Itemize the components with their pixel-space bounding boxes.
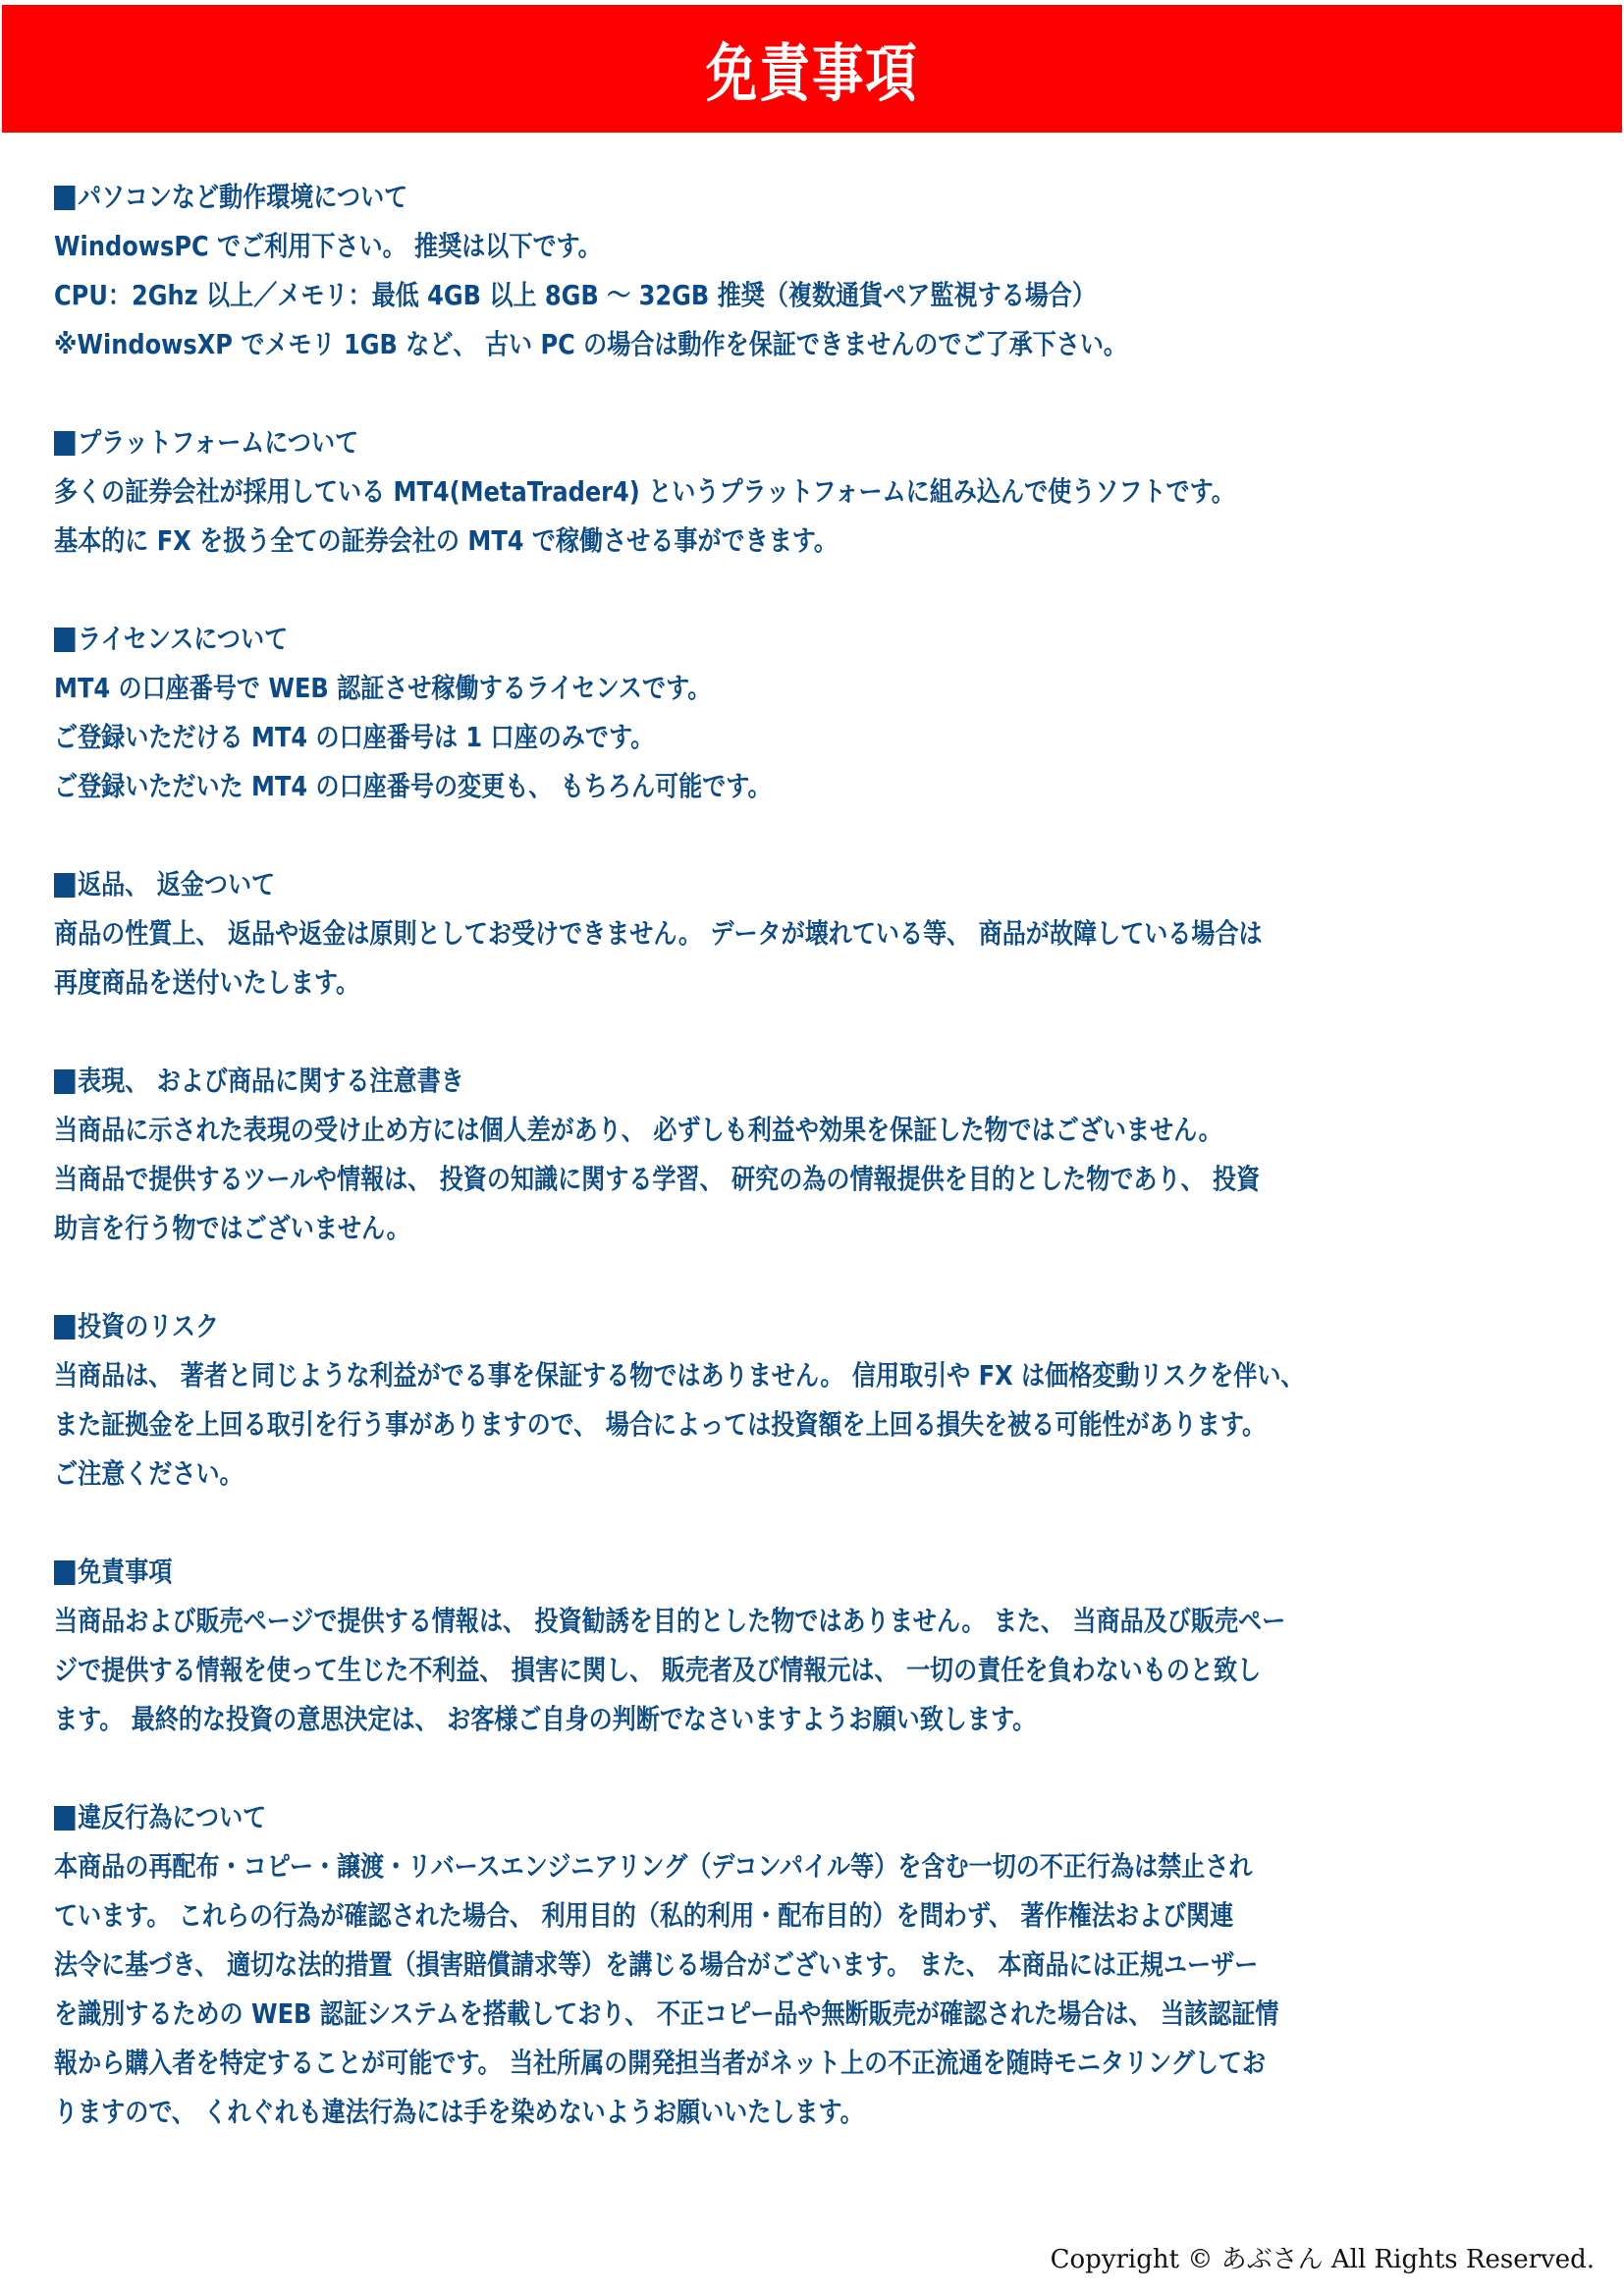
square-bullet-icon bbox=[54, 1315, 76, 1339]
paragraph-line: 商品の性質上、 返品や返金は原則としてお受けできません。 データが壊れている等、… bbox=[54, 909, 1372, 958]
square-bullet-icon bbox=[54, 873, 76, 898]
section-heading-text: 投資のリスク bbox=[78, 1302, 219, 1351]
section-heading: 表現、 および商品に関する注意書き bbox=[54, 1057, 1372, 1106]
section-investment-risk: 投資のリスク 当商品は、 著者と同じような利益がでる事を保証する物ではありません… bbox=[54, 1302, 1586, 1499]
paragraph-line: 当商品で提供するツールや情報は、 投資の知識に関する学習、 研究の為の情報提供を… bbox=[54, 1155, 1372, 1204]
paragraph-line: 当商品に示された表現の受け止め方には個人差があり、 必ずしも利益や効果を保証した… bbox=[54, 1106, 1372, 1155]
paragraph-line: 多くの証券会社が採用している MT4(MetaTrader4) というプラットフ… bbox=[54, 467, 1372, 517]
paragraph-line: 基本的に FX を扱う全ての証券会社の MT4 で稼働させる事ができます。 bbox=[54, 517, 1372, 566]
section-heading: 違反行為について bbox=[54, 1793, 1372, 1842]
paragraph-line: ます。 最終的な投資の意思決定は、 お客様ご自身の判断でなさいますようお願い致し… bbox=[54, 1695, 1372, 1744]
copyright-notice: Copyright © あぶさん All Rights Reserved. bbox=[1051, 2239, 1595, 2275]
paragraph-line: 再度商品を送付いたします。 bbox=[54, 958, 1372, 1008]
section-violations: 違反行為について 本商品の再配布・コピー・譲渡・リバースエンジニアリング（デコン… bbox=[54, 1793, 1586, 2137]
paragraph-line: 法令に基づき、 適切な法的措置（損害賠償請求等）を講じる場合がございます。 また… bbox=[54, 1941, 1372, 1990]
section-heading-text: ライセンスについて bbox=[78, 615, 288, 664]
disclaimer-body: パソコンなど動作環境について WindowsPC でご利用下さい。 推奨は以下で… bbox=[54, 173, 1586, 2186]
paragraph-line: ご登録いただいた MT4 の口座番号の変更も、 もちろん可能です。 bbox=[54, 762, 1372, 811]
square-bullet-icon bbox=[54, 628, 76, 652]
paragraph-line: りますので、 くれぐれも違法行為には手を染めないようお願いいたします。 bbox=[54, 2088, 1372, 2137]
square-bullet-icon bbox=[54, 431, 76, 456]
section-heading: 返品、 返金ついて bbox=[54, 860, 1372, 909]
section-heading: 免責事項 bbox=[54, 1548, 1372, 1597]
section-heading-text: 免責事項 bbox=[78, 1548, 172, 1597]
title-banner: 免責事項 bbox=[2, 5, 1622, 133]
paragraph-line: を識別するための WEB 認証システムを搭載しており、 不正コピー品や無断販売が… bbox=[54, 1990, 1372, 2039]
section-heading-text: パソコンなど動作環境について bbox=[78, 173, 407, 222]
section-disclaimer: 免責事項 当商品および販売ページで提供する情報は、 投資勧誘を目的とした物ではあ… bbox=[54, 1548, 1586, 1744]
paragraph-line: ご登録いただける MT4 の口座番号は 1 口座のみです。 bbox=[54, 713, 1372, 762]
paragraph-line: ジで提供する情報を使って生じた不利益、 損害に関し、 販売者及び情報元は、 一切… bbox=[54, 1646, 1372, 1695]
square-bullet-icon bbox=[54, 1560, 76, 1585]
section-platform: プラットフォームについて 多くの証券会社が採用している MT4(MetaTrad… bbox=[54, 418, 1586, 566]
paragraph-line: CPU：2Ghz 以上／メモリ：最低 4GB 以上 8GB ～ 32GB 推奨（… bbox=[54, 271, 1372, 320]
section-heading: 投資のリスク bbox=[54, 1302, 1372, 1351]
section-heading: パソコンなど動作環境について bbox=[54, 173, 1372, 222]
section-returns-refunds: 返品、 返金ついて 商品の性質上、 返品や返金は原則としてお受けできません。 デ… bbox=[54, 860, 1586, 1008]
paragraph-line: また証拠金を上回る取引を行う事がありますので、 場合によっては投資額を上回る損失… bbox=[54, 1400, 1372, 1449]
paragraph-line: ※WindowsXP でメモリ 1GB など、 古い PC の場合は動作を保証で… bbox=[54, 320, 1372, 369]
section-system-requirements: パソコンなど動作環境について WindowsPC でご利用下さい。 推奨は以下で… bbox=[54, 173, 1586, 369]
paragraph-line: 当商品および販売ページで提供する情報は、 投資勧誘を目的とした物ではありません。… bbox=[54, 1597, 1372, 1646]
section-heading: ライセンスについて bbox=[54, 615, 1372, 664]
paragraph-line: MT4 の口座番号で WEB 認証させ稼働するライセンスです。 bbox=[54, 664, 1372, 713]
square-bullet-icon bbox=[54, 186, 76, 210]
page-title: 免責事項 bbox=[706, 24, 918, 114]
paragraph-line: WindowsPC でご利用下さい。 推奨は以下です。 bbox=[54, 222, 1372, 271]
section-heading-text: プラットフォームについて bbox=[78, 418, 358, 467]
paragraph-line: 助言を行う物ではございません。 bbox=[54, 1204, 1372, 1253]
paragraph-line: ています。 これらの行為が確認された場合、 利用目的（私的利用・配布目的）を問わ… bbox=[54, 1891, 1372, 1941]
paragraph-line: 本商品の再配布・コピー・譲渡・リバースエンジニアリング（デコンパイル等）を含む一… bbox=[54, 1842, 1372, 1891]
section-heading-text: 表現、 および商品に関する注意書き bbox=[78, 1057, 464, 1106]
section-license: ライセンスについて MT4 の口座番号で WEB 認証させ稼働するライセンスです… bbox=[54, 615, 1586, 811]
square-bullet-icon bbox=[54, 1806, 76, 1831]
paragraph-line: 当商品は、 著者と同じような利益がでる事を保証する物ではありません。 信用取引や… bbox=[54, 1351, 1372, 1400]
paragraph-line: 報から購入者を特定することが可能です。 当社所属の開発担当者がネット上の不正流通… bbox=[54, 2039, 1372, 2088]
paragraph-line: ご注意ください。 bbox=[54, 1449, 1372, 1499]
section-expression-notes: 表現、 および商品に関する注意書き 当商品に示された表現の受け止め方には個人差が… bbox=[54, 1057, 1586, 1253]
section-heading-text: 返品、 返金ついて bbox=[78, 860, 275, 909]
section-heading: プラットフォームについて bbox=[54, 418, 1372, 467]
square-bullet-icon bbox=[54, 1069, 76, 1094]
section-heading-text: 違反行為について bbox=[78, 1793, 266, 1842]
